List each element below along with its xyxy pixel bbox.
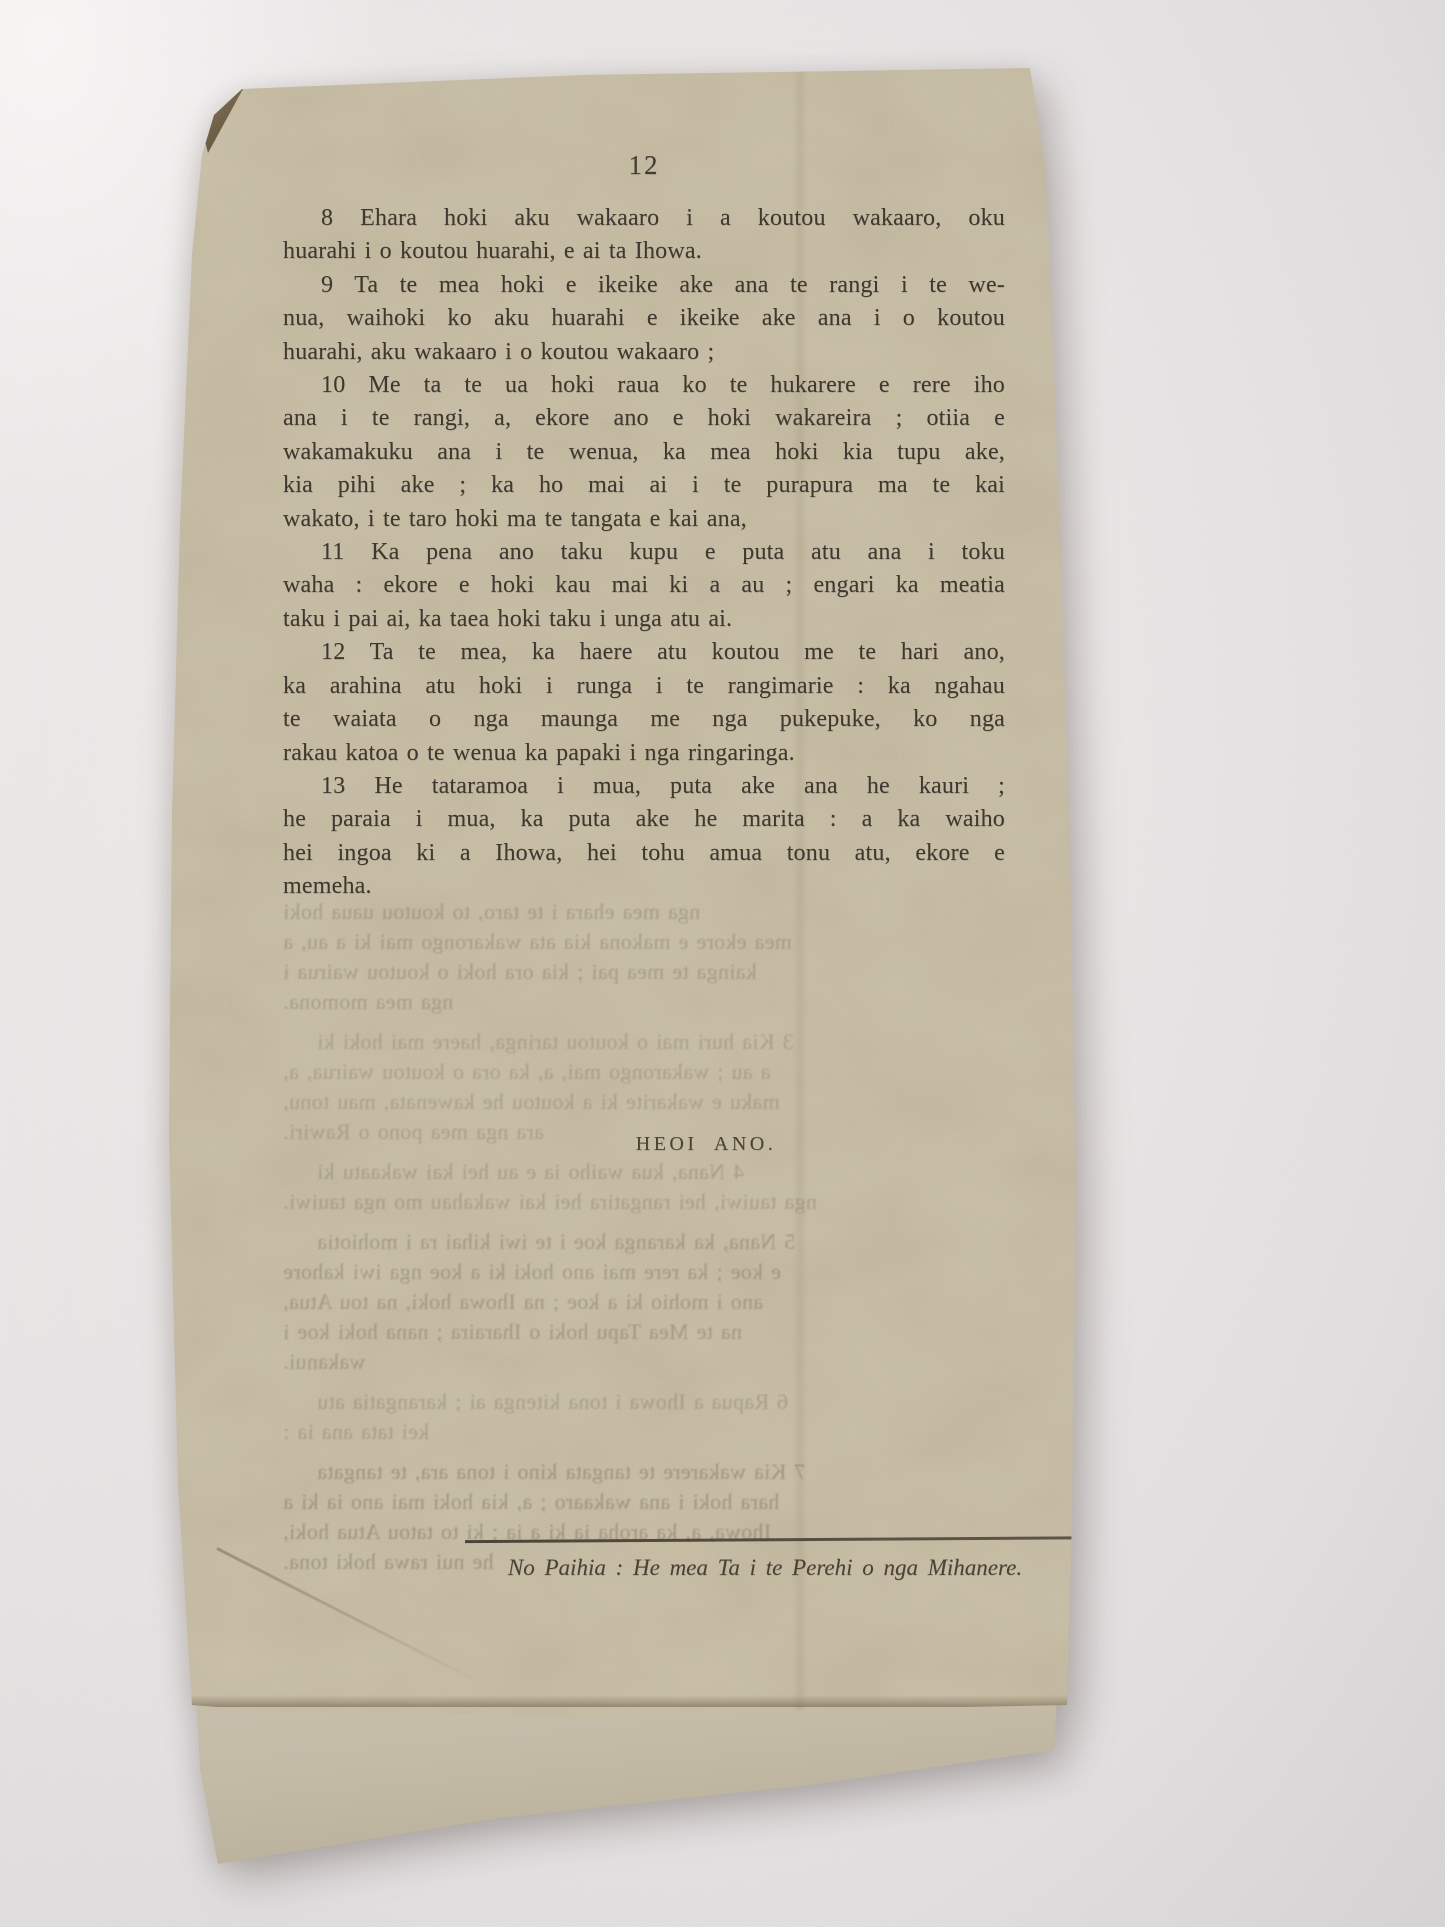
ghost-line: na te Mea Tapu hoki o Iharaira ; nana ho… bbox=[283, 1317, 1005, 1347]
ghost-line: hara hoki i ana wakaaro ; a, kia hoki ma… bbox=[283, 1487, 1005, 1517]
ghost-line: wakanui. bbox=[283, 1347, 1005, 1377]
verse-line: huarahi i o koutou huarahi, e ai ta Ihow… bbox=[283, 235, 1005, 268]
page-number: 12 bbox=[283, 150, 1005, 181]
ghost-line: kei tata ana ia : bbox=[283, 1417, 1005, 1447]
ghost-line: 7 Kia wakarere te tangata kino i tona ar… bbox=[317, 1457, 1005, 1487]
ghost-line: 5 Nana, ka karanga koe i te iwi kihai ra… bbox=[317, 1227, 1005, 1257]
verse-line: te waiata o nga maunga me nga pukepuke, … bbox=[283, 703, 1005, 736]
verse-line: hei ingoa ki a Ihowa, hei tohu amua tonu… bbox=[283, 837, 1005, 870]
verse-line: wakato, i te taro hoki ma te tangata e k… bbox=[283, 503, 1005, 536]
ghost-paragraph: nga mea ehara i te taro, to koutou uaua … bbox=[283, 897, 1005, 1017]
ghost-line: nga mea momona. bbox=[283, 987, 1005, 1017]
ghost-line: e koe ; ka rere mai ano hoki ki a koe ng… bbox=[283, 1257, 1005, 1287]
printer-imprint: No Paihia : He mea Ta i te Perehi o nga … bbox=[404, 1555, 1126, 1581]
ghost-line: a au ; wakarongo mai, a, ka ora o koutou… bbox=[283, 1057, 1005, 1087]
verse-line: 12 Ta te mea, ka haere atu koutou me te … bbox=[283, 636, 1005, 669]
verse-line: huarahi, aku wakaaro i o koutou wakaaro … bbox=[283, 336, 1005, 369]
verse-line: wakamakuku ana i te wenua, ka mea hoki k… bbox=[283, 436, 1005, 469]
verse-line: kia pihi ake ; ka ho mai ai i te purapur… bbox=[283, 469, 1005, 502]
ghost-line: maku e wakarite ki a koutou he kawenata,… bbox=[283, 1087, 1005, 1117]
verse-line: ana i te rangi, a, ekore ano e hoki waka… bbox=[283, 402, 1005, 435]
ghost-line: 6 Rapua a Ihowa i tona kitenga ai ; kara… bbox=[317, 1387, 1005, 1417]
section-break-label: HEOI ANO. bbox=[345, 1133, 1067, 1156]
verse-line: taku i pai ai, ka taea hoki taku i unga … bbox=[283, 603, 1005, 636]
ghost-line: 3 Kia huri mai o koutou taringa, haere m… bbox=[317, 1027, 1005, 1057]
verse-line: 9 Ta te mea hoki e ikeike ake ana te ran… bbox=[283, 269, 1005, 302]
verse-line: 11 Ka pena ano taku kupu e puta atu ana … bbox=[283, 536, 1005, 569]
bottom-fold-crease bbox=[162, 1695, 1082, 1707]
ghost-paragraph: 3 Kia huri mai o koutou taringa, haere m… bbox=[283, 1027, 1005, 1147]
verse-line: he paraia i mua, ka puta ake he marita :… bbox=[283, 803, 1005, 836]
document-sheet: nga mea ehara i te taro, to koutou uaua … bbox=[0, 0, 1445, 1927]
verse-line: 10 Me ta te ua hoki raua ko te hukarere … bbox=[283, 369, 1005, 402]
document-page: nga mea ehara i te taro, to koutou uaua … bbox=[162, 55, 1082, 1720]
verse-line: ka arahina atu hoki i runga i te rangima… bbox=[283, 670, 1005, 703]
ghost-line: kainga te mea pai ; kia ora hoki o kouto… bbox=[283, 957, 1005, 987]
verse-block: 8 Ehara hoki aku wakaaro i a koutou waka… bbox=[283, 202, 1005, 904]
verse-line: memeha. bbox=[283, 870, 1005, 903]
ghost-line: mea ekore e makona kia ata wakarongo mai… bbox=[283, 927, 1005, 957]
ghost-line: 4 Nana, kua waiho ia e au hei kai wakaat… bbox=[317, 1157, 1005, 1187]
ghost-paragraph: 6 Rapua a Ihowa i tona kitenga ai ; kara… bbox=[283, 1387, 1005, 1447]
verse-line: waha : ekore e hoki kau mai ki a au ; en… bbox=[283, 569, 1005, 602]
ghost-line: nga tauiwi, hei rangatira hei kai wakaha… bbox=[283, 1187, 1005, 1217]
verse-line: 13 He tataramoa i mua, puta ake ana he k… bbox=[283, 770, 1005, 803]
verse-line: 8 Ehara hoki aku wakaaro i a koutou waka… bbox=[283, 202, 1005, 235]
verse-line: rakau katoa o te wenua ka papaki i nga r… bbox=[283, 737, 1005, 770]
ghost-text: nga mea ehara i te taro, to koutou uaua … bbox=[283, 897, 1005, 1587]
verse-line: nua, waihoki ko aku huarahi e ikeike ake… bbox=[283, 302, 1005, 335]
torn-corner-fold bbox=[192, 83, 252, 161]
ghost-paragraph: 4 Nana, kua waiho ia e au hei kai wakaat… bbox=[283, 1157, 1005, 1217]
ghost-paragraph: 5 Nana, ka karanga koe i te iwi kihai ra… bbox=[283, 1227, 1005, 1377]
photo-backdrop: { "document": { "page_number": "12", "ve… bbox=[0, 0, 1445, 1927]
ghost-line: Ihowa, a, ka aroha ia ki a ia ; ki to ta… bbox=[283, 1517, 1005, 1547]
ghost-line: ano i mohio ki a koe ; na Ihowa hoki, na… bbox=[283, 1287, 1005, 1317]
